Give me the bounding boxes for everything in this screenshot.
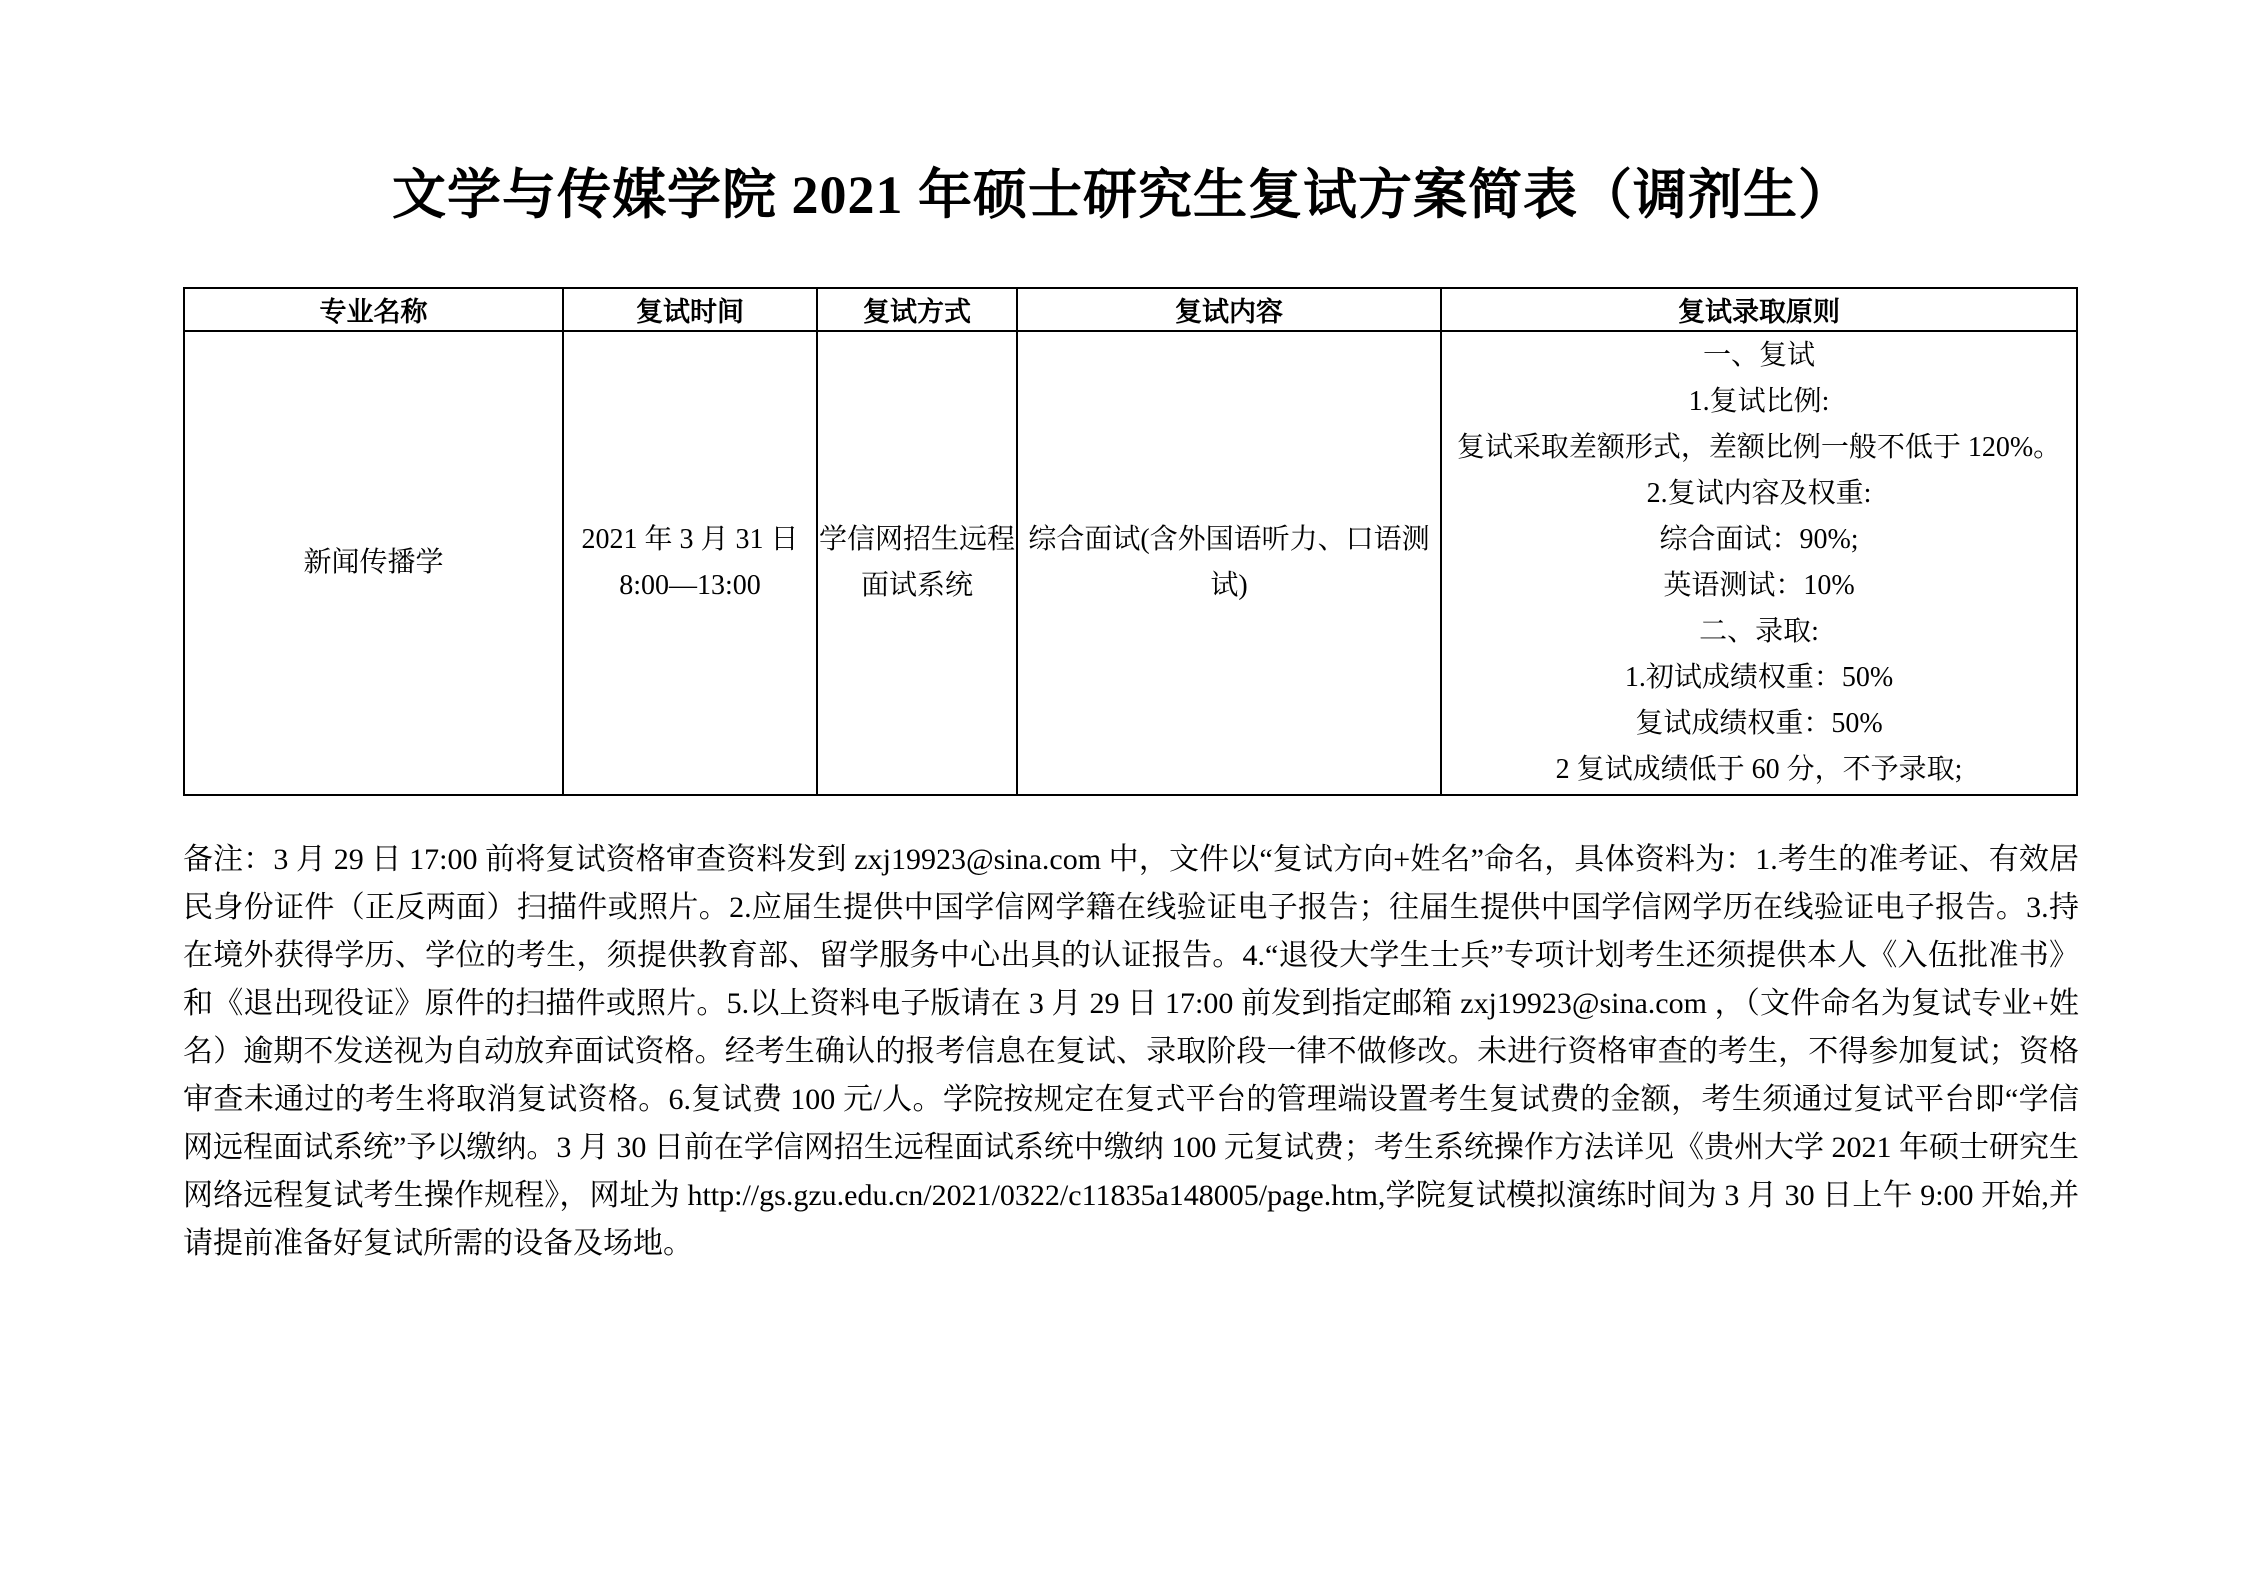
principle-line: 2.复试内容及权重: [1442,471,2076,517]
principle-line: 1.初试成绩权重：50% [1442,655,2076,701]
col-header-time: 复试时间 [563,288,817,331]
principle-line: 复试采取差额形式，差额比例一般不低于 120%。 [1442,425,2076,471]
col-header-method: 复试方式 [817,288,1017,331]
principle-line: 一、复试 [1442,333,2076,379]
col-header-content: 复试内容 [1017,288,1441,331]
cell-content: 综合面试(含外国语听力、口语测试) [1017,331,1441,795]
time-date: 2021 年 3 月 31 日 [564,517,816,563]
notes-paragraph: 备注：3 月 29 日 17:00 前将复试资格审查资料发到 zxj19923@… [183,836,2079,1268]
page-title: 文学与传媒学院 2021 年硕士研究生复试方案简表（调剂生） [0,152,2245,229]
review-plan-table: 专业名称 复试时间 复试方式 复试内容 复试录取原则 新闻传播学 2021 年 … [183,287,2078,796]
table-row: 新闻传播学 2021 年 3 月 31 日 8:00—13:00 学信网招生远程… [184,331,2077,795]
cell-time: 2021 年 3 月 31 日 8:00—13:00 [563,331,817,795]
principle-line: 综合面试：90%; [1442,517,2076,563]
col-header-major: 专业名称 [184,288,563,331]
principle-line: 1.复试比例: [1442,379,2076,425]
cell-principles: 一、复试 1.复试比例: 复试采取差额形式，差额比例一般不低于 120%。 2.… [1441,331,2077,795]
document-page: 文学与传媒学院 2021 年硕士研究生复试方案简表（调剂生） 专业名称 复试时间… [0,0,2245,1587]
principle-line: 2 复试成绩低于 60 分，不予录取; [1442,747,2076,793]
table-header-row: 专业名称 复试时间 复试方式 复试内容 复试录取原则 [184,288,2077,331]
principle-line: 英语测试：10% [1442,563,2076,609]
time-range: 8:00—13:00 [564,563,816,609]
col-header-principles: 复试录取原则 [1441,288,2077,331]
cell-method: 学信网招生远程面试系统 [817,331,1017,795]
cell-major: 新闻传播学 [184,331,563,795]
principle-line: 二、录取: [1442,609,2076,655]
principle-line: 复试成绩权重：50% [1442,701,2076,747]
